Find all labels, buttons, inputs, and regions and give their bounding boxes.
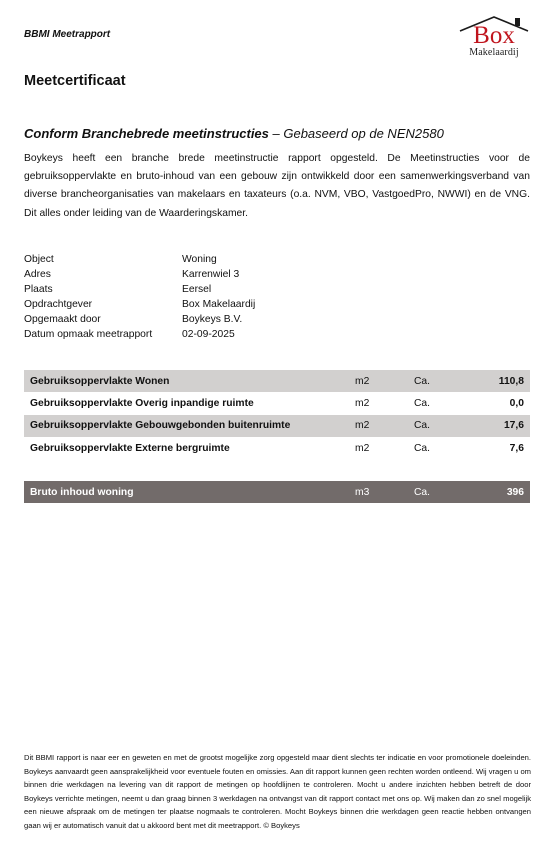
table-row: Gebruiksoppervlakte Overig inpandige rui… — [24, 392, 530, 414]
area-label: Gebruiksoppervlakte Overig inpandige rui… — [24, 398, 330, 409]
info-value: Boykeys B.V. — [182, 312, 242, 327]
table-row: Gebruiksoppervlakte Externe bergruimte m… — [24, 437, 530, 459]
info-value: Woning — [182, 252, 217, 267]
total-volume-table: Bruto inhoud woning m3 Ca. 396 — [24, 481, 530, 503]
logo-subtitle: Makelaardij — [458, 47, 530, 58]
area-value: 7,6 — [444, 443, 530, 454]
area-unit: m2 — [330, 443, 384, 454]
info-row-datum: Datum opmaak meetrapport 02-09-2025 — [24, 327, 255, 342]
info-row-object: Object Woning — [24, 252, 255, 267]
area-approx: Ca. — [384, 420, 444, 431]
area-value: 110,8 — [444, 376, 530, 387]
total-row: Bruto inhoud woning m3 Ca. 396 — [24, 481, 530, 503]
area-label: Gebruiksoppervlakte Gebouwgebonden buite… — [24, 420, 330, 431]
object-info-list: Object Woning Adres Karrenwiel 3 Plaats … — [24, 252, 255, 342]
info-row-plaats: Plaats Eersel — [24, 282, 255, 297]
disclaimer-text: Dit BBMI rapport is naar eer en geweten … — [24, 751, 531, 832]
info-value: Karrenwiel 3 — [182, 267, 239, 282]
report-header-title: BBMI Meetrapport — [24, 29, 110, 40]
total-value: 396 — [444, 487, 530, 498]
info-label: Object — [24, 252, 182, 267]
info-value: Box Makelaardij — [182, 297, 255, 312]
total-unit: m3 — [330, 487, 384, 498]
area-table: Gebruiksoppervlakte Wonen m2 Ca. 110,8 G… — [24, 370, 530, 459]
box-makelaardij-logo: Box Makelaardij — [458, 14, 530, 60]
info-value: Eersel — [182, 282, 211, 297]
page-title: Meetcertificaat — [24, 73, 126, 89]
area-label: Gebruiksoppervlakte Wonen — [24, 376, 330, 387]
info-label: Adres — [24, 267, 182, 282]
area-value: 17,6 — [444, 420, 530, 431]
total-approx: Ca. — [384, 487, 444, 498]
info-label: Opgemaakt door — [24, 312, 182, 327]
area-unit: m2 — [330, 420, 384, 431]
subtitle-rest: – Gebaseerd op de NEN2580 — [269, 126, 444, 141]
info-row-adres: Adres Karrenwiel 3 — [24, 267, 255, 282]
table-row: Gebruiksoppervlakte Gebouwgebonden buite… — [24, 415, 530, 437]
subtitle-bold: Conform Branchebrede meetinstructies — [24, 126, 269, 141]
table-row: Gebruiksoppervlakte Wonen m2 Ca. 110,8 — [24, 370, 530, 392]
intro-paragraph: Boykeys heeft een branche brede meetinst… — [24, 150, 530, 223]
area-label: Gebruiksoppervlakte Externe bergruimte — [24, 443, 330, 454]
area-approx: Ca. — [384, 398, 444, 409]
logo-brand: Box — [461, 23, 527, 48]
area-approx: Ca. — [384, 443, 444, 454]
area-approx: Ca. — [384, 376, 444, 387]
info-label: Opdrachtgever — [24, 297, 182, 312]
info-row-opgemaakt-door: Opgemaakt door Boykeys B.V. — [24, 312, 255, 327]
area-unit: m2 — [330, 376, 384, 387]
info-label: Plaats — [24, 282, 182, 297]
total-label: Bruto inhoud woning — [24, 487, 330, 498]
info-label: Datum opmaak meetrapport — [24, 327, 182, 342]
area-value: 0,0 — [444, 398, 530, 409]
section-subtitle: Conform Branchebrede meetinstructies – G… — [24, 126, 444, 141]
info-row-opdrachtgever: Opdrachtgever Box Makelaardij — [24, 297, 255, 312]
info-value: 02-09-2025 — [182, 327, 235, 342]
area-unit: m2 — [330, 398, 384, 409]
